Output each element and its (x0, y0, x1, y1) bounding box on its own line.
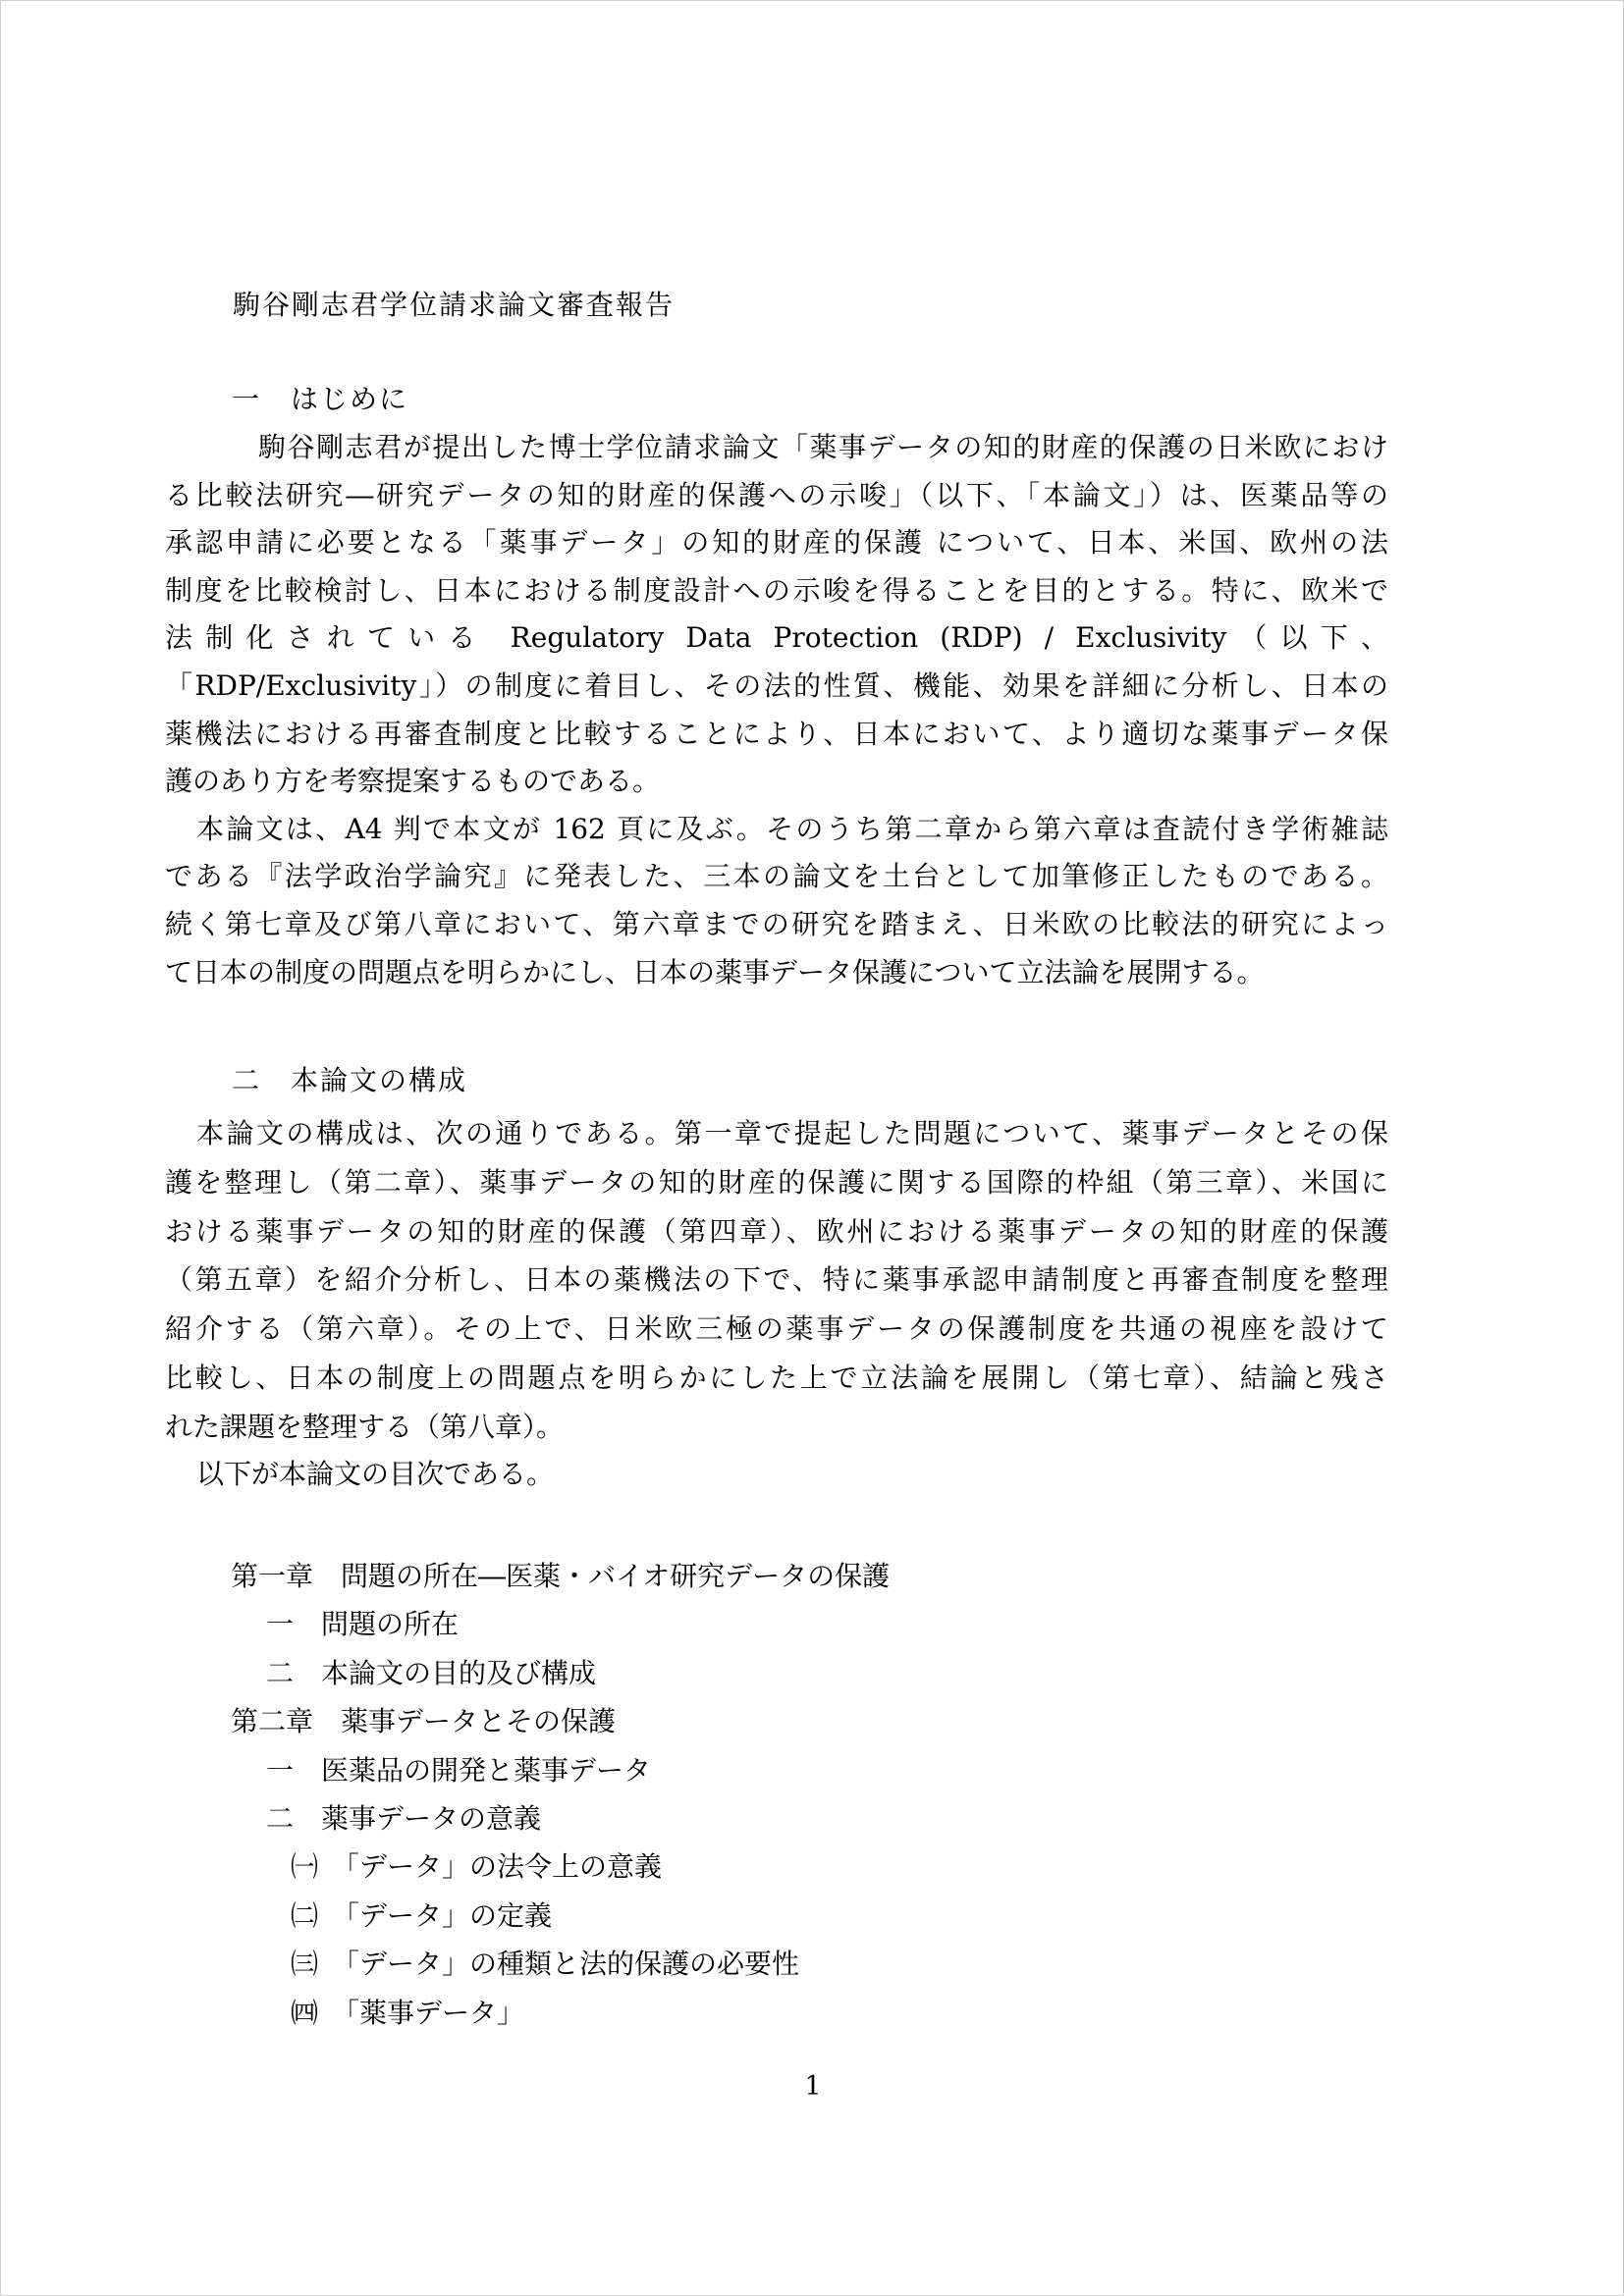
body-line: 駒谷剛志君が提出した博士学位請求論文「薬事データの知的財産的保護の日米欧におけ (165, 424, 1388, 472)
body-line: 法制化されている Regulatory Data Protection (RDP… (165, 614, 1388, 663)
toc-line-subitem: ㈣ 「薬事データ」 (165, 1989, 1388, 2037)
body-line: 護のあり方を考察提案するものである。 (165, 758, 1388, 806)
toc-line-item: 二 薬事データの意義 (165, 1794, 1388, 1842)
body-line: 紹介する（第六章）。その上で、日米欧三極の薬事データの保護制度を共通の視座を設け… (165, 1305, 1388, 1354)
document-title: 駒谷剛志君学位請求論文審査報告 (165, 281, 1388, 329)
section1-heading-block: 一 はじめに (165, 375, 1388, 423)
toc-line-chapter: 第二章 薬事データとその保護 (165, 1697, 1388, 1745)
body-line: 承認申請に必要となる「薬事データ」の知的財産的保護 について、日本、米国、欧州の… (165, 519, 1388, 567)
toc-line-subitem: ㈡ 「データ」の定義 (165, 1892, 1388, 1940)
body-line: 制度を比較検討し、日本における制度設計への示唆を得ることを目的とする。特に、欧米… (165, 567, 1388, 615)
body-line: 本論文は、A4 判で本文が 162 頁に及ぶ。そのうち第二章から第六章は査読付き… (165, 806, 1388, 854)
title-block: 駒谷剛志君学位請求論文審査報告 (165, 281, 1388, 329)
section-heading: 二 本論文の構成 (165, 1056, 1388, 1104)
toc-line-subitem: ㈠ 「データ」の法令上の意義 (165, 1842, 1388, 1891)
toc-line-chapter: 第一章 問題の所在―医薬・バイオ研究データの保護 (165, 1552, 1388, 1600)
body-line: である『法学政治学論究』に発表した、三本の論文を土台として加筆修正したものである… (165, 853, 1388, 901)
body-line: 護を整理し（第二章）、薬事データの知的財産的保護に関する国際的枠組（第三章）、米… (165, 1158, 1388, 1207)
body-line: 薬機法における再審査制度と比較することにより、日本において、より適切な薬事データ… (165, 711, 1388, 759)
body-line: る比較法研究―研究データの知的財産的保護への示唆」（以下、「本論文」）は、医薬品… (165, 472, 1388, 520)
toc: 第一章 問題の所在―医薬・バイオ研究データの保護 一 問題の所在 二 本論文の目… (165, 1552, 1388, 2037)
body-line: 続く第七章及び第八章において、第六章までの研究を踏まえ、日米欧の比較法的研究によ… (165, 901, 1388, 949)
toc-line-item: 二 本論文の目的及び構成 (165, 1649, 1388, 1697)
toc-line-item: 一 問題の所在 (165, 1600, 1388, 1648)
toc-line-item: 一 医薬品の開発と薬事データ (165, 1746, 1388, 1794)
body-line: 本論文の構成は、次の通りである。第一章で提起した問題について、薬事データとその保 (165, 1109, 1388, 1158)
toc-leadin-block: 以下が本論文の目次である。 (165, 1451, 1388, 1499)
body-line: れた課題を整理する（第八章）。 (165, 1403, 1388, 1452)
body-line: 比較し、日本の制度上の問題点を明らかにした上で立法論を展開し（第七章）、結論と残… (165, 1354, 1388, 1403)
page-number: 1 (1, 2062, 1624, 2110)
body-line: おける薬事データの知的財産的保護（第四章）、欧州における薬事データの知的財産的保… (165, 1207, 1388, 1256)
section2-heading-block: 二 本論文の構成 (165, 1056, 1388, 1104)
body-line: 「RDP/Exclusivity」）の制度に着目し、その法的性質、機能、効果を詳… (165, 663, 1388, 711)
body-line: （第五章）を紹介分析し、日本の薬機法の下で、特に薬事承認申請制度と再審査制度を整… (165, 1255, 1388, 1305)
toc-line-subitem: ㈢ 「データ」の種類と法的保護の必要性 (165, 1940, 1388, 1988)
body-line: 以下が本論文の目次である。 (165, 1451, 1388, 1499)
section1-body: 駒谷剛志君が提出した博士学位請求論文「薬事データの知的財産的保護の日米欧におけ … (165, 424, 1388, 996)
section-heading: 一 はじめに (165, 375, 1388, 423)
document-page: 駒谷剛志君学位請求論文審査報告 一 はじめに 駒谷剛志君が提出した博士学位請求論… (0, 0, 1624, 2296)
body-line: て日本の制度の問題点を明らかにし、日本の薬事データ保護について立法論を展開する。 (165, 949, 1388, 997)
section2-body: 本論文の構成は、次の通りである。第一章で提起した問題について、薬事データとその保… (165, 1109, 1388, 1452)
